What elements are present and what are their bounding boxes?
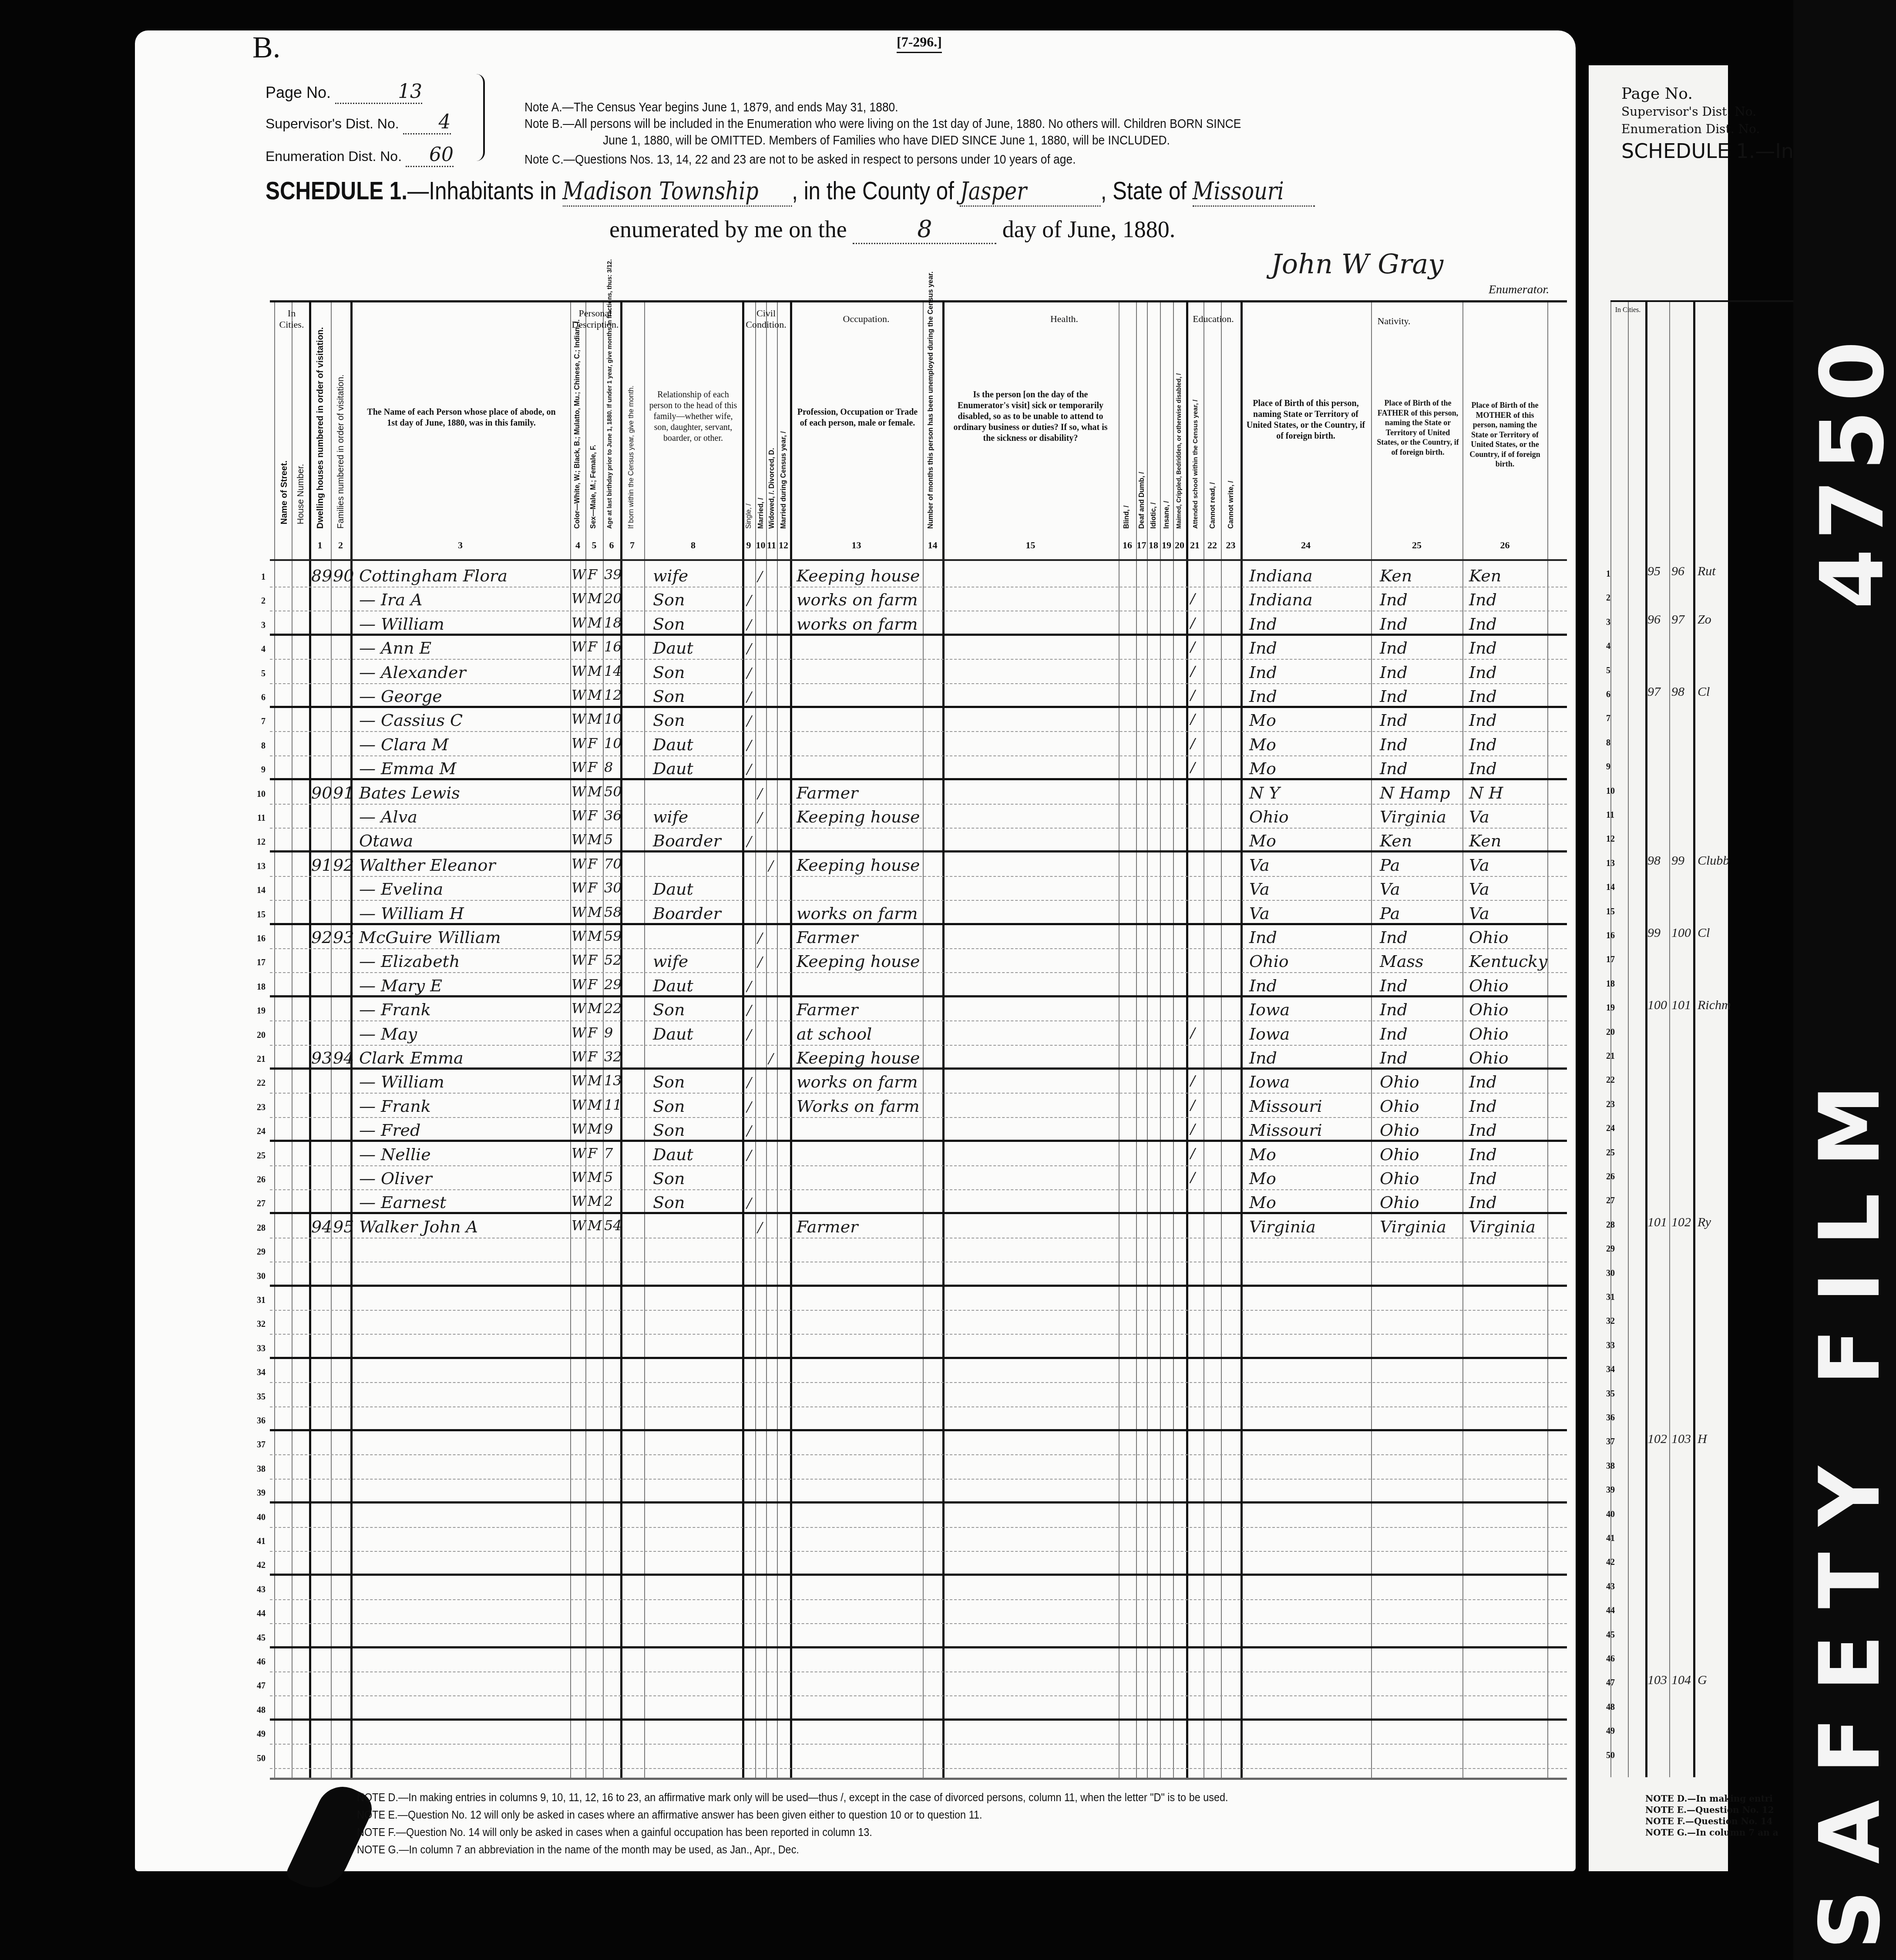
table-row: 12OtawaWM5BoarderMoKenKen/ xyxy=(270,829,1567,852)
row-number: 44 xyxy=(252,1609,266,1619)
next-row-number: 47 xyxy=(1606,1678,1615,1688)
attended-school-mark: / xyxy=(1190,711,1195,727)
group-education: Education. xyxy=(1186,313,1240,325)
attended-school-mark: / xyxy=(1190,1072,1195,1089)
color-value: W xyxy=(571,590,586,607)
row-number: 43 xyxy=(252,1585,266,1595)
next-row-number: 50 xyxy=(1606,1751,1615,1761)
colnum-6: 6 xyxy=(603,540,620,551)
family-number: 91 xyxy=(333,783,354,802)
color-value: W xyxy=(571,807,586,824)
dwelling-number: 94 xyxy=(311,1217,332,1236)
colnum-9: 9 xyxy=(742,540,755,551)
next-person-name: Zo xyxy=(1698,612,1711,627)
table-row: 35 xyxy=(270,1383,1567,1407)
person-name: — Oliver xyxy=(359,1169,432,1188)
mother-birthplace-value: Ind xyxy=(1469,735,1497,754)
attended-school-mark: / xyxy=(1190,687,1195,703)
row-number: 30 xyxy=(252,1272,266,1282)
row-number: 26 xyxy=(252,1175,266,1185)
next-page-notes: NOTE D.—In making entri NOTE E.—Question… xyxy=(1645,1793,1778,1838)
row-rule xyxy=(270,1768,1567,1769)
table-row: 18— Mary EWF29DautIndIndOhio/ xyxy=(270,973,1567,997)
color-value: W xyxy=(571,783,586,800)
birthplace-value: Indiana xyxy=(1249,566,1313,585)
next-dwelling-number: 97 xyxy=(1647,685,1661,699)
next-person-name: Richm xyxy=(1698,998,1731,1013)
birthplace-value: Missouri xyxy=(1249,1097,1322,1116)
mother-birthplace-value: Ind xyxy=(1469,711,1497,730)
next-person-name: G xyxy=(1698,1673,1707,1688)
relationship-value: Daut xyxy=(653,879,693,899)
attended-school-mark: / xyxy=(1190,638,1195,655)
next-row-number: 20 xyxy=(1606,1027,1615,1037)
mother-birthplace-value: Ken xyxy=(1469,831,1501,850)
father-birthplace-value: Pa xyxy=(1380,904,1400,923)
next-row-number: 34 xyxy=(1606,1365,1615,1375)
person-name: — Ira A xyxy=(359,590,422,609)
sex-value: M xyxy=(588,1072,602,1089)
next-row-number: 44 xyxy=(1606,1606,1615,1616)
next-person-name: Rut xyxy=(1698,564,1716,579)
row-rule xyxy=(270,995,1567,997)
sex-value: F xyxy=(588,1145,597,1161)
next-dwelling-number: 101 xyxy=(1647,1215,1667,1230)
next-row-number: 24 xyxy=(1606,1124,1615,1134)
mother-birthplace-value: Ohio xyxy=(1469,976,1509,995)
census-table: In Cities. Personal Description. Civil C… xyxy=(270,300,1567,1780)
civil-widowed-mark: / xyxy=(768,856,773,876)
mother-birthplace-value: Va xyxy=(1469,807,1489,826)
table-row: 36 xyxy=(270,1407,1567,1431)
colnum-3: 3 xyxy=(350,540,570,551)
color-value: W xyxy=(571,566,586,583)
father-birthplace-value: Mass xyxy=(1380,952,1424,971)
age-value: 59 xyxy=(604,928,622,944)
color-value: W xyxy=(571,1072,586,1089)
colnum-10: 10 xyxy=(755,540,766,551)
next-row-number: 14 xyxy=(1606,883,1615,893)
relationship-value: wife xyxy=(653,807,688,826)
colnum-13: 13 xyxy=(790,540,923,551)
row-rule xyxy=(270,1646,1567,1648)
table-row: 24— FredWM9Son/MissouriOhioInd/ xyxy=(270,1118,1567,1142)
table-row: 46 xyxy=(270,1648,1567,1672)
sex-value: M xyxy=(588,1000,602,1017)
birthplace-value: Ind xyxy=(1249,638,1277,658)
civil-single-mark: / xyxy=(746,1193,751,1213)
birthplace-value: Mo xyxy=(1249,831,1276,850)
next-row-number: 39 xyxy=(1606,1485,1615,1495)
civil-single-mark: / xyxy=(746,590,751,611)
enumerator-label: Enumerator. xyxy=(1489,283,1549,297)
person-name: — Fred xyxy=(359,1121,420,1140)
form-code: [7-296.] xyxy=(897,34,942,53)
sex-value: M xyxy=(588,1097,602,1113)
colnum-23: 23 xyxy=(1221,540,1240,551)
age-value: 10 xyxy=(604,735,622,752)
table-row: 2— Ira AWM20Sonworks on farm/IndianaIndI… xyxy=(270,587,1567,611)
next-row-number: 11 xyxy=(1606,810,1614,820)
civil-single-mark: / xyxy=(746,663,751,683)
civil-single-mark: / xyxy=(746,759,751,779)
row-number: 37 xyxy=(252,1440,266,1450)
father-birthplace-value: Ind xyxy=(1380,1024,1408,1044)
mother-birthplace-value: Ind xyxy=(1469,614,1497,634)
civil-single-mark: / xyxy=(746,687,751,707)
table-row: 109091Bates LewisWM50FarmerN YN HampN H/ xyxy=(270,781,1567,805)
civil-married-mark: / xyxy=(757,566,762,587)
next-row-number: 43 xyxy=(1606,1582,1615,1592)
birthplace-value: Ohio xyxy=(1249,807,1289,826)
sex-value: F xyxy=(588,879,597,896)
next-dwelling-number: 102 xyxy=(1647,1432,1667,1447)
father-birthplace-value: Ind xyxy=(1380,759,1408,778)
row-number: 34 xyxy=(252,1368,266,1378)
mother-birthplace-value: Ken xyxy=(1469,566,1501,585)
person-name: — Evelina xyxy=(359,879,443,899)
father-birthplace-value: Ohio xyxy=(1380,1121,1419,1140)
next-row-number: 46 xyxy=(1606,1654,1615,1664)
occupation-value: at school xyxy=(797,1024,872,1044)
father-birthplace-value: Ind xyxy=(1380,1000,1408,1019)
header-col24: Place of Birth of this person, naming St… xyxy=(1245,398,1367,442)
birthplace-value: Mo xyxy=(1249,735,1276,754)
section-letter: B. xyxy=(252,30,280,65)
table-row: 4— Ann EWF16Daut/IndIndInd/ xyxy=(270,636,1567,660)
next-person-name: Clubb xyxy=(1698,853,1729,868)
civil-married-mark: / xyxy=(757,952,762,972)
table-row: 20— MayWF9Dautat school/IowaIndOhio/ xyxy=(270,1022,1567,1046)
row-number: 46 xyxy=(252,1657,266,1667)
age-value: 18 xyxy=(604,614,622,631)
enumerated-day-value: 8 xyxy=(853,215,996,244)
father-birthplace-value: Ind xyxy=(1380,687,1408,706)
civil-married-mark: / xyxy=(757,1217,762,1238)
attended-school-mark: / xyxy=(1190,1097,1195,1113)
attended-school-mark: / xyxy=(1190,614,1195,631)
birthplace-value: Indiana xyxy=(1249,590,1313,609)
relationship-value: Son xyxy=(653,663,685,682)
next-note-g: NOTE G.—In column 7 an a xyxy=(1645,1827,1778,1838)
father-birthplace-value: Ind xyxy=(1380,976,1408,995)
next-dwelling-number: 103 xyxy=(1647,1673,1667,1688)
family-number: 93 xyxy=(333,928,354,947)
table-row: 39 xyxy=(270,1480,1567,1504)
row-number: 32 xyxy=(252,1319,266,1329)
color-value: W xyxy=(571,711,586,727)
attended-school-mark: / xyxy=(1190,590,1195,607)
mother-birthplace-value: Va xyxy=(1469,856,1489,875)
sex-value: F xyxy=(588,759,597,775)
row-number: 47 xyxy=(252,1681,266,1691)
county-label: , in the County of xyxy=(792,177,954,205)
row-rule xyxy=(270,778,1567,780)
next-row-number: 1 xyxy=(1606,569,1610,579)
color-value: W xyxy=(571,928,586,944)
birthplace-value: Ohio xyxy=(1249,952,1289,971)
schedule-title-line: SCHEDULE 1.—Inhabitants in Madison Towns… xyxy=(266,176,1314,207)
next-row-number: 38 xyxy=(1606,1461,1615,1471)
enumeration-dist-label: Enumeration Dist. No. xyxy=(266,148,402,164)
sex-value: F xyxy=(588,807,597,824)
person-name: — Elizabeth xyxy=(359,952,460,971)
row-number: 42 xyxy=(252,1561,266,1571)
row-rule xyxy=(270,923,1567,925)
table-row: 31 xyxy=(270,1287,1567,1311)
father-birthplace-value: Ind xyxy=(1380,614,1408,634)
table-row: 15— William HWM58Boarderworks on farmVaP… xyxy=(270,901,1567,925)
row-number: 12 xyxy=(252,837,266,847)
color-value: W xyxy=(571,1145,586,1161)
footnote-d: NOTE D.—In making entries in columns 9, … xyxy=(357,1791,1228,1804)
row-rule xyxy=(270,1140,1567,1142)
attended-school-mark: / xyxy=(1190,1169,1195,1185)
next-family-number: 103 xyxy=(1671,1432,1691,1447)
color-value: W xyxy=(571,759,586,775)
next-person-name: Ry xyxy=(1698,1215,1711,1230)
dwelling-number: 92 xyxy=(311,928,332,947)
row-rule xyxy=(270,706,1567,708)
age-value: 39 xyxy=(604,566,622,583)
row-number: 11 xyxy=(252,813,266,823)
next-family-number: 104 xyxy=(1671,1673,1691,1688)
mother-birthplace-value: Ind xyxy=(1469,1145,1497,1164)
person-name: — Ann E xyxy=(359,638,431,658)
next-row-number: 26 xyxy=(1606,1172,1615,1182)
relationship-value: Son xyxy=(653,1097,685,1116)
color-value: W xyxy=(571,1000,586,1017)
person-name: — William xyxy=(359,614,444,634)
sex-value: F xyxy=(588,735,597,752)
row-rule xyxy=(270,1718,1567,1721)
table-row: 32 xyxy=(270,1311,1567,1335)
civil-single-mark: / xyxy=(746,1000,751,1020)
relationship-value: Son xyxy=(653,1193,685,1212)
attended-school-mark: / xyxy=(1190,1024,1195,1041)
next-row-number: 2 xyxy=(1606,593,1610,603)
row-rule xyxy=(270,1357,1567,1359)
col-rule xyxy=(1645,302,1647,1777)
colnum-18: 18 xyxy=(1147,540,1160,551)
row-rule xyxy=(270,1212,1567,1214)
civil-married-mark: / xyxy=(757,807,762,828)
row-rule xyxy=(270,850,1567,852)
civil-single-mark: / xyxy=(746,1097,751,1117)
father-birthplace-value: N Hamp xyxy=(1380,783,1450,802)
civil-single-mark: / xyxy=(746,1121,751,1141)
table-row: 7— Cassius CWM10Son/MoIndInd/ xyxy=(270,708,1567,732)
table-row: 25— NellieWF7Daut/MoOhioInd/ xyxy=(270,1142,1567,1166)
birthplace-value: Virginia xyxy=(1249,1217,1316,1236)
mother-birthplace-value: Ind xyxy=(1469,1121,1497,1140)
color-value: W xyxy=(571,1193,586,1209)
colnum-26: 26 xyxy=(1462,540,1547,551)
civil-single-mark: / xyxy=(746,1145,751,1165)
birthplace-value: Mo xyxy=(1249,1169,1276,1188)
mother-birthplace-value: Va xyxy=(1469,879,1489,899)
relationship-value: Daut xyxy=(653,735,693,754)
table-row: 43 xyxy=(270,1576,1567,1600)
mother-birthplace-value: N H xyxy=(1469,783,1503,802)
header-col8: Relationship of each person to the head … xyxy=(649,389,738,444)
age-value: 16 xyxy=(604,638,622,655)
age-value: 52 xyxy=(604,952,622,968)
person-name: — Mary E xyxy=(359,976,442,995)
footnote-g: NOTE G.—In column 7 an abbreviation in t… xyxy=(357,1843,799,1856)
schedule-prefix: —Inhabitants in xyxy=(407,177,557,205)
next-row-number: 45 xyxy=(1606,1630,1615,1640)
next-in-cities: In Cities. xyxy=(1610,306,1645,314)
table-row: 18990Cottingham FloraWF39wifeKeeping hou… xyxy=(270,564,1567,587)
col-rule xyxy=(1669,302,1670,1777)
father-birthplace-value: Ohio xyxy=(1380,1145,1419,1164)
relationship-value: Boarder xyxy=(653,904,721,923)
sex-value: M xyxy=(588,928,602,944)
next-row-number: 15 xyxy=(1606,907,1615,917)
birthplace-value: Va xyxy=(1249,879,1270,899)
mother-birthplace-value: Ind xyxy=(1469,1097,1497,1116)
table-row: 19— FrankWM22SonFarmerIowaIndOhio/ xyxy=(270,997,1567,1021)
relationship-value: Daut xyxy=(653,759,693,778)
next-note-d: NOTE D.—In making entri xyxy=(1645,1793,1778,1804)
group-nativity: Nativity. xyxy=(1240,315,1547,327)
father-birthplace-value: Ken xyxy=(1380,566,1412,585)
row-number: 49 xyxy=(252,1729,266,1739)
color-value: W xyxy=(571,952,586,968)
person-name: — Earnest xyxy=(359,1193,446,1212)
row-number: 39 xyxy=(252,1488,266,1498)
mother-birthplace-value: Ind xyxy=(1469,1169,1497,1188)
table-row: 33 xyxy=(270,1335,1567,1359)
occupation-value: Farmer xyxy=(797,928,858,947)
row-number: 41 xyxy=(252,1537,266,1547)
footnote-e: NOTE E.—Question No. 12 will only be ask… xyxy=(357,1808,982,1822)
age-value: 50 xyxy=(604,783,622,800)
sex-value: F xyxy=(588,976,597,993)
relationship-value: Daut xyxy=(653,638,693,658)
relationship-value: Son xyxy=(653,1000,685,1019)
person-name: Otawa xyxy=(359,831,413,850)
state-label: , State of xyxy=(1101,177,1187,205)
row-number: 22 xyxy=(252,1078,266,1088)
table-row: 9— Emma MWF8Daut/MoIndInd/ xyxy=(270,756,1567,780)
mother-birthplace-value: Ohio xyxy=(1469,1000,1509,1019)
note-a: Note A.—The Census Year begins June 1, 1… xyxy=(524,100,898,115)
row-number: 33 xyxy=(252,1344,266,1354)
next-page-no-label: Page No. xyxy=(1621,85,1693,103)
person-name: Bates Lewis xyxy=(359,783,460,802)
age-value: 36 xyxy=(604,807,622,824)
relationship-value: Son xyxy=(653,590,685,609)
birthplace-value: Mo xyxy=(1249,759,1276,778)
table-row: 41 xyxy=(270,1528,1567,1552)
next-row-number: 31 xyxy=(1606,1292,1615,1302)
next-note-e: NOTE E.—Question No. 12 xyxy=(1645,1804,1778,1816)
mother-birthplace-value: Va xyxy=(1469,904,1489,923)
mother-birthplace-value: Ind xyxy=(1469,663,1497,682)
note-c: Note C.—Questions Nos. 13, 14, 22 and 23… xyxy=(524,152,1076,167)
mother-birthplace-value: Ind xyxy=(1469,1072,1497,1091)
dwelling-number: 91 xyxy=(311,856,332,875)
table-row: 37 xyxy=(270,1431,1567,1455)
attended-school-mark: / xyxy=(1190,759,1195,775)
row-number: 2 xyxy=(252,596,266,606)
attended-school-mark: / xyxy=(1190,663,1195,679)
next-row-number: 3 xyxy=(1606,618,1610,628)
color-value: W xyxy=(571,663,586,679)
mother-birthplace-value: Ind xyxy=(1469,590,1497,609)
table-row: 42 xyxy=(270,1552,1567,1576)
color-value: W xyxy=(571,856,586,872)
occupation-value: Keeping house xyxy=(797,856,920,875)
occupation-value: Works on farm xyxy=(797,1097,919,1116)
table-row: 219394Clark EmmaWF32Keeping houseIndIndO… xyxy=(270,1046,1567,1070)
birthplace-value: Iowa xyxy=(1249,1024,1290,1044)
person-name: — Nellie xyxy=(359,1145,431,1164)
table-row: 27— EarnestWM2SonMoOhioInd/ xyxy=(270,1190,1567,1214)
next-note-f: NOTE F.—Question No. 14 xyxy=(1645,1816,1778,1827)
age-value: 14 xyxy=(604,663,622,679)
age-value: 29 xyxy=(604,976,622,993)
relationship-value: Daut xyxy=(653,1024,693,1044)
table-row: 3— WilliamWM18Sonworks on farm/IndIndInd… xyxy=(270,612,1567,636)
person-name: — Emma M xyxy=(359,759,457,778)
birthplace-value: Va xyxy=(1249,904,1270,923)
table-row: 49 xyxy=(270,1721,1567,1745)
mother-birthplace-value: Kentucky xyxy=(1469,952,1547,971)
row-number: 13 xyxy=(252,862,266,872)
civil-single-mark: / xyxy=(746,711,751,731)
table-row: 8— Clara MWF10Daut/MoIndInd/ xyxy=(270,732,1567,756)
age-value: 54 xyxy=(604,1217,622,1234)
relationship-value: Son xyxy=(653,1072,685,1091)
sex-value: F xyxy=(588,1048,597,1065)
col-rule xyxy=(1693,302,1695,1777)
person-name: Cottingham Flora xyxy=(359,566,508,585)
father-birthplace-value: Virginia xyxy=(1380,807,1446,826)
next-person-name: H xyxy=(1698,1432,1707,1447)
colnum-21: 21 xyxy=(1186,540,1203,551)
row-number: 50 xyxy=(252,1754,266,1764)
next-row-number: 37 xyxy=(1606,1437,1615,1447)
occupation-value: Keeping house xyxy=(797,566,920,585)
occupation-value: works on farm xyxy=(797,1072,918,1091)
colnum-16: 16 xyxy=(1119,540,1136,551)
sex-value: M xyxy=(588,1193,602,1209)
row-number: 20 xyxy=(252,1030,266,1040)
next-row-number: 33 xyxy=(1606,1341,1615,1351)
page-no-value: 13 xyxy=(335,81,422,104)
relationship-value: wife xyxy=(653,566,688,585)
father-birthplace-value: Ohio xyxy=(1380,1193,1419,1212)
occupation-value: works on farm xyxy=(797,614,918,634)
age-value: 9 xyxy=(604,1024,613,1041)
color-value: W xyxy=(571,976,586,993)
next-family-number: 98 xyxy=(1671,685,1684,699)
row-number: 21 xyxy=(252,1054,266,1064)
family-number: 95 xyxy=(333,1217,354,1236)
enumeration-dist-field: Enumeration Dist. No. 60 xyxy=(266,144,454,167)
table-row: 26— OliverWM5Son/MoOhioInd xyxy=(270,1166,1567,1190)
film-code: 4750 xyxy=(1802,332,1896,609)
color-value: W xyxy=(571,1169,586,1185)
father-birthplace-value: Ind xyxy=(1380,928,1408,947)
sex-value: F xyxy=(588,952,597,968)
row-number: 10 xyxy=(252,789,266,799)
next-row-number: 41 xyxy=(1606,1534,1615,1544)
sex-value: M xyxy=(588,1121,602,1137)
